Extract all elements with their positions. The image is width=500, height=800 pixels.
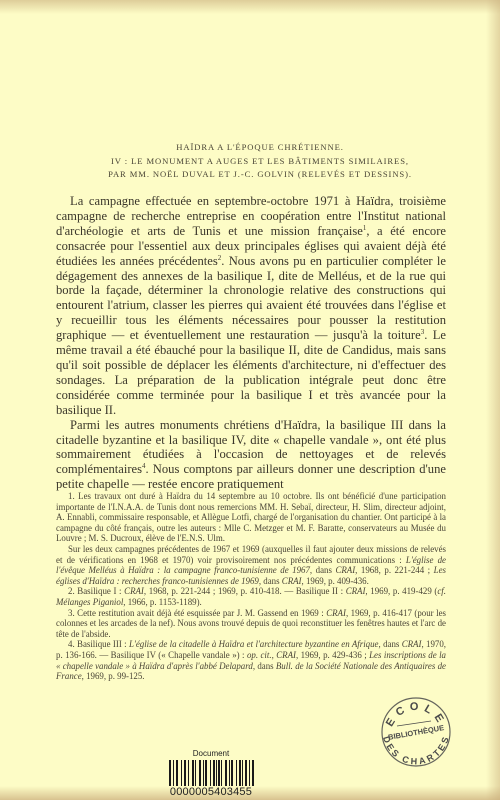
document-barcode: Document 0000005403455 [156,749,266,798]
heading-line-1: HAÏDRA A L'ÉPOQUE CHRÉTIENNE. [60,141,460,155]
page-edge-right [486,0,500,800]
heading-line-2: IV : LE MONUMENT A AUGES ET LES BÂTIMENT… [60,155,460,169]
page-edge-top [0,0,500,14]
footnote-3: 3. Cette restitution avait déjà été esqu… [56,608,446,640]
barcode-number: 0000005403455 [156,786,266,798]
svg-text:BIBLIOTHÈQUE: BIBLIOTHÈQUE [387,723,444,742]
stamp-seal-icon: ECOLE BIBLIOTHÈQUE DES CHARTES [379,695,453,769]
library-stamp: ECOLE BIBLIOTHÈQUE DES CHARTES [379,695,453,769]
paragraph-2: Parmi les autres monuments chrétiens d'H… [56,418,446,493]
footnote-2: 2. Basilique I : CRAI, 1968, p. 221-244 … [56,586,446,607]
barcode-label: Document [156,749,266,759]
svg-text:DES CHARTES: DES CHARTES [381,735,451,767]
body-text: La campagne effectuée en septembre-octob… [56,194,446,492]
footnote-1-continued: Sur les deux campagnes précédentes de 19… [56,544,446,586]
paragraph-1: La campagne effectuée en septembre-octob… [56,194,446,418]
heading-line-3: PAR MM. NOËL DUVAL ET J.-C. GOLVIN (RELE… [60,168,460,182]
footnote-4: 4. Basilique III : L'église de la citade… [56,639,446,681]
barcode-bars-icon [157,760,265,786]
footnotes: 1. Les travaux ont duré à Haïdra du 14 s… [56,491,446,682]
footnote-1: 1. Les travaux ont duré à Haïdra du 14 s… [56,491,446,544]
article-heading: HAÏDRA A L'ÉPOQUE CHRÉTIENNE. IV : LE MO… [60,141,460,182]
